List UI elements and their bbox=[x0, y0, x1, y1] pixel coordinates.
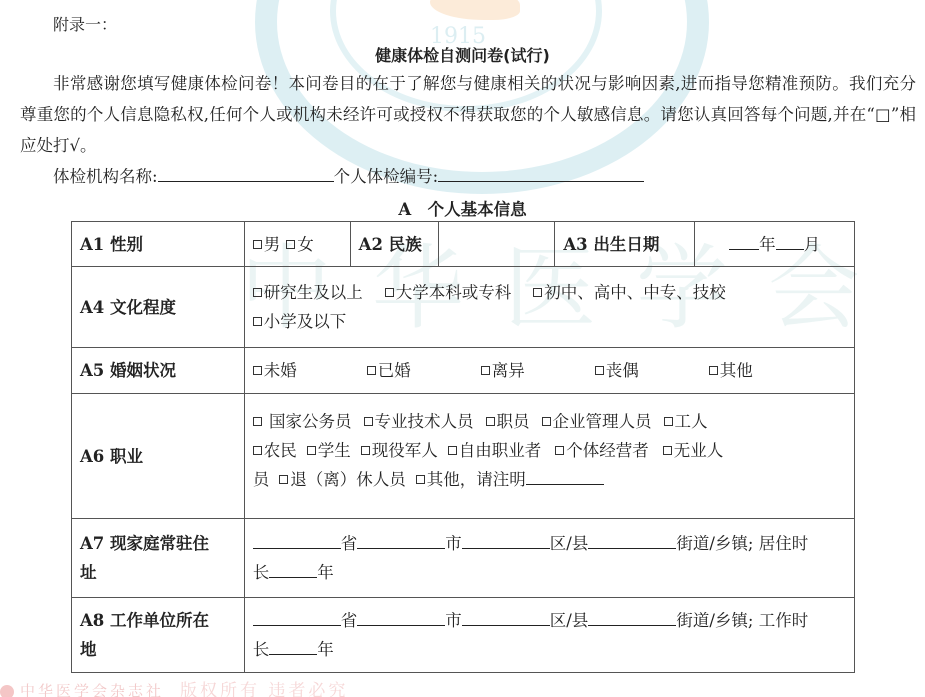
institution-label: 体检机构名称: bbox=[53, 167, 158, 186]
a5-label-cell: A5 婚姻状况 bbox=[72, 348, 245, 394]
appendix-label: 附录一： bbox=[53, 12, 117, 35]
checkbox-icon[interactable] bbox=[253, 240, 262, 249]
a8-label-line1: 工作单位所在 bbox=[110, 611, 209, 630]
watermark-footer: 中华医学会杂志社版权所有 违者必究 bbox=[0, 676, 348, 697]
checkbox-icon[interactable] bbox=[709, 366, 718, 375]
a8-duration-input[interactable] bbox=[269, 638, 317, 655]
a3-birthdate-cell: 年月 bbox=[695, 222, 855, 267]
a6-option-professional[interactable]: 专业技术人员 bbox=[364, 412, 474, 431]
a6-option-retired[interactable]: 退（离）休人员 bbox=[279, 470, 406, 489]
a1-option-female[interactable]: 女 bbox=[286, 235, 314, 254]
section-title: A 个人基本信息 bbox=[0, 196, 925, 220]
checkbox-icon[interactable] bbox=[416, 475, 425, 484]
a6-option-manager[interactable]: 企业管理人员 bbox=[542, 412, 652, 431]
a5-code: A5 bbox=[80, 361, 104, 380]
a4-options-cell: 研究生及以上大学本科或专科初中、高中、中专、技校 小学及以下 bbox=[244, 267, 854, 348]
a2-label: 民族 bbox=[389, 235, 422, 254]
a5-option-widowed[interactable]: 丧偶 bbox=[595, 361, 639, 380]
checkbox-icon[interactable] bbox=[533, 288, 542, 297]
a8-city-input[interactable] bbox=[357, 609, 445, 626]
checkbox-icon[interactable] bbox=[286, 240, 295, 249]
a7-street-input[interactable] bbox=[588, 532, 676, 549]
checkbox-icon[interactable] bbox=[253, 288, 262, 297]
checkbox-icon[interactable] bbox=[555, 446, 564, 455]
a3-month-input[interactable] bbox=[776, 233, 804, 250]
checkbox-icon[interactable] bbox=[448, 446, 457, 455]
a3-year-unit: 年 bbox=[759, 235, 776, 254]
a5-option-married[interactable]: 已婚 bbox=[367, 361, 411, 380]
a1-label-cell: A1 性别 bbox=[72, 222, 245, 267]
table-row-a8: A8 工作单位所在地 省市区/县街道/乡镇; 工作时 长年 bbox=[72, 598, 855, 673]
a6-code: A6 bbox=[80, 447, 104, 466]
table-row-a5: A5 婚姻状况 未婚已婚离异丧偶其他 bbox=[72, 348, 855, 394]
a1-code: A1 bbox=[80, 235, 104, 254]
a7-district-input[interactable] bbox=[462, 532, 550, 549]
checkbox-icon[interactable] bbox=[663, 446, 672, 455]
a1-options-cell: 男女 bbox=[244, 222, 350, 267]
a8-street-input[interactable] bbox=[588, 609, 676, 626]
checkbox-icon[interactable] bbox=[361, 446, 370, 455]
watermark-rights: 版权所有 违者必究 bbox=[180, 681, 348, 697]
table-row-a1-a2-a3: A1 性别 男女 A2 民族 A3 出生日期 年月 bbox=[72, 222, 855, 267]
a7-code: A7 bbox=[80, 534, 104, 553]
a4-code: A4 bbox=[80, 298, 104, 317]
a6-option-student[interactable]: 学生 bbox=[307, 441, 351, 460]
a6-option-clerk[interactable]: 职员 bbox=[486, 412, 530, 431]
a6-option-farmer[interactable]: 农民 bbox=[253, 441, 297, 460]
a6-option-military[interactable]: 现役军人 bbox=[361, 441, 438, 460]
a2-ethnicity-input[interactable] bbox=[438, 222, 555, 267]
checkbox-icon[interactable] bbox=[486, 417, 495, 426]
document-title: 健康体检自测问卷(试行) bbox=[0, 43, 925, 66]
exam-number-label: 个人体检编号: bbox=[334, 167, 439, 186]
a6-option-unemployed[interactable]: 无业人 bbox=[663, 441, 724, 460]
a2-code: A2 bbox=[359, 235, 383, 254]
checkbox-icon[interactable] bbox=[595, 366, 604, 375]
a6-label-cell: A6 职业 bbox=[72, 394, 245, 519]
a7-label-line1: 现家庭常驻住 bbox=[110, 534, 209, 553]
a6-options-cell: 国家公务员专业技术人员职员企业管理人员工人 农民学生现役军人自由职业者个体经营者… bbox=[244, 394, 854, 519]
checkbox-icon[interactable] bbox=[364, 417, 373, 426]
a6-option-freelancer[interactable]: 自由职业者 bbox=[448, 441, 542, 460]
a7-province-input[interactable] bbox=[253, 532, 341, 549]
basic-info-table: A1 性别 男女 A2 民族 A3 出生日期 年月 A4 文化程度 研究生及以上… bbox=[71, 221, 855, 673]
a8-district-input[interactable] bbox=[462, 609, 550, 626]
institution-field[interactable] bbox=[158, 167, 334, 182]
a6-other-input[interactable] bbox=[526, 468, 604, 485]
a7-label-cell: A7 现家庭常驻住址 bbox=[72, 519, 245, 598]
a5-option-other[interactable]: 其他 bbox=[709, 361, 753, 380]
a8-province-input[interactable] bbox=[253, 609, 341, 626]
a8-code: A8 bbox=[80, 611, 104, 630]
checkbox-icon[interactable] bbox=[253, 417, 262, 426]
checkbox-icon[interactable] bbox=[307, 446, 316, 455]
table-row-a6: A6 职业 国家公务员专业技术人员职员企业管理人员工人 农民学生现役军人自由职业… bbox=[72, 394, 855, 519]
a4-label: 文化程度 bbox=[110, 298, 176, 317]
a5-option-single[interactable]: 未婚 bbox=[253, 361, 297, 380]
checkbox-icon[interactable] bbox=[253, 366, 262, 375]
a6-label: 职业 bbox=[110, 447, 143, 466]
a3-code: A3 bbox=[563, 235, 587, 254]
publisher-logo-icon bbox=[0, 685, 14, 697]
a3-month-unit: 月 bbox=[804, 235, 821, 254]
a7-address-cell: 省市区/县街道/乡镇; 居住时 长年 bbox=[244, 519, 854, 598]
a6-option-worker[interactable]: 工人 bbox=[664, 412, 708, 431]
a1-label: 性别 bbox=[110, 235, 143, 254]
a5-label: 婚姻状况 bbox=[110, 361, 176, 380]
a7-city-input[interactable] bbox=[357, 532, 445, 549]
a4-option-bachelor[interactable]: 大学本科或专科 bbox=[385, 283, 512, 302]
checkbox-icon[interactable] bbox=[253, 317, 262, 326]
a7-duration-input[interactable] bbox=[269, 561, 317, 578]
a6-option-unemployed-cont: 员 bbox=[253, 470, 270, 489]
a2-label-cell: A2 民族 bbox=[350, 222, 438, 267]
header-fields: 体检机构名称:个人体检编号: bbox=[53, 163, 644, 187]
a5-options-cell: 未婚已婚离异丧偶其他 bbox=[244, 348, 854, 394]
intro-paragraph: 非常感谢您填写健康体检问卷！本问卷目的在于了解您与健康相关的状况与影响因素,进而… bbox=[20, 68, 916, 161]
a4-option-secondary[interactable]: 初中、高中、中专、技校 bbox=[533, 283, 726, 302]
a4-option-primary[interactable]: 小学及以下 bbox=[253, 312, 347, 331]
exam-number-field[interactable] bbox=[438, 167, 644, 182]
a1-option-male[interactable]: 男 bbox=[253, 235, 281, 254]
a7-label-line2: 址 bbox=[80, 563, 97, 582]
a4-option-postgrad[interactable]: 研究生及以上 bbox=[253, 283, 363, 302]
table-row-a7: A7 现家庭常驻住址 省市区/县街道/乡镇; 居住时 长年 bbox=[72, 519, 855, 598]
checkbox-icon[interactable] bbox=[664, 417, 673, 426]
a6-option-other[interactable]: 其他，请注明 bbox=[416, 470, 526, 489]
a8-address-cell: 省市区/县街道/乡镇; 工作时 长年 bbox=[244, 598, 854, 673]
a3-label-cell: A3 出生日期 bbox=[555, 222, 695, 267]
intro-text: 非常感谢您填写健康体检问卷！本问卷目的在于了解您与健康相关的状况与影响因素,进而… bbox=[20, 68, 916, 161]
a3-year-input[interactable] bbox=[729, 233, 759, 250]
checkbox-icon[interactable] bbox=[542, 417, 551, 426]
checkbox-icon[interactable] bbox=[481, 366, 490, 375]
a4-label-cell: A4 文化程度 bbox=[72, 267, 245, 348]
checkbox-icon[interactable] bbox=[279, 475, 288, 484]
a6-option-self-employed[interactable]: 个体经营者 bbox=[555, 441, 649, 460]
a8-label-line2: 地 bbox=[80, 640, 97, 659]
a3-label: 出生日期 bbox=[593, 235, 659, 254]
checkbox-icon[interactable] bbox=[385, 288, 394, 297]
a6-option-civil-servant[interactable]: 国家公务员 bbox=[253, 412, 352, 431]
watermark-publisher: 中华医学会杂志社 bbox=[20, 682, 164, 697]
checkbox-icon[interactable] bbox=[253, 446, 262, 455]
checkbox-icon[interactable] bbox=[367, 366, 376, 375]
a5-option-divorced[interactable]: 离异 bbox=[481, 361, 525, 380]
a8-label-cell: A8 工作单位所在地 bbox=[72, 598, 245, 673]
table-row-a4: A4 文化程度 研究生及以上大学本科或专科初中、高中、中专、技校 小学及以下 bbox=[72, 267, 855, 348]
